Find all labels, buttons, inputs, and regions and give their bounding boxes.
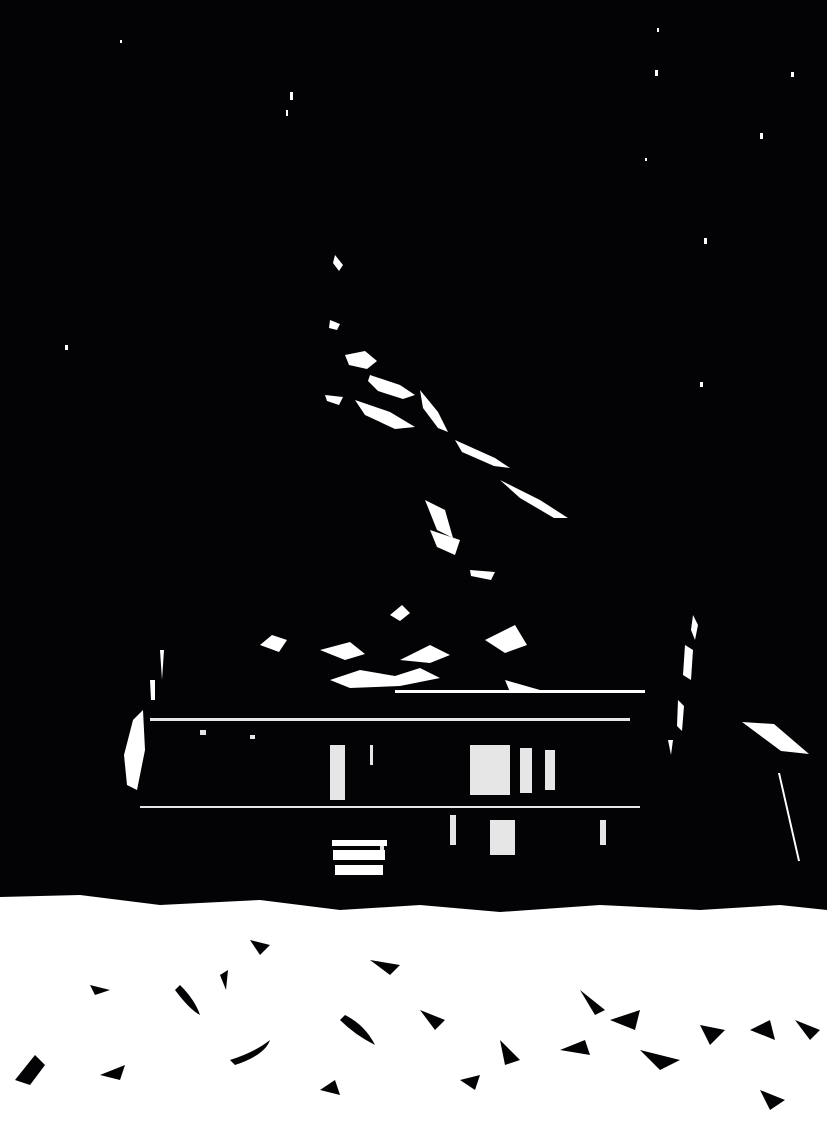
photo-scene xyxy=(0,0,827,1126)
cabin-steps xyxy=(332,840,387,875)
snowfield xyxy=(0,895,827,1126)
